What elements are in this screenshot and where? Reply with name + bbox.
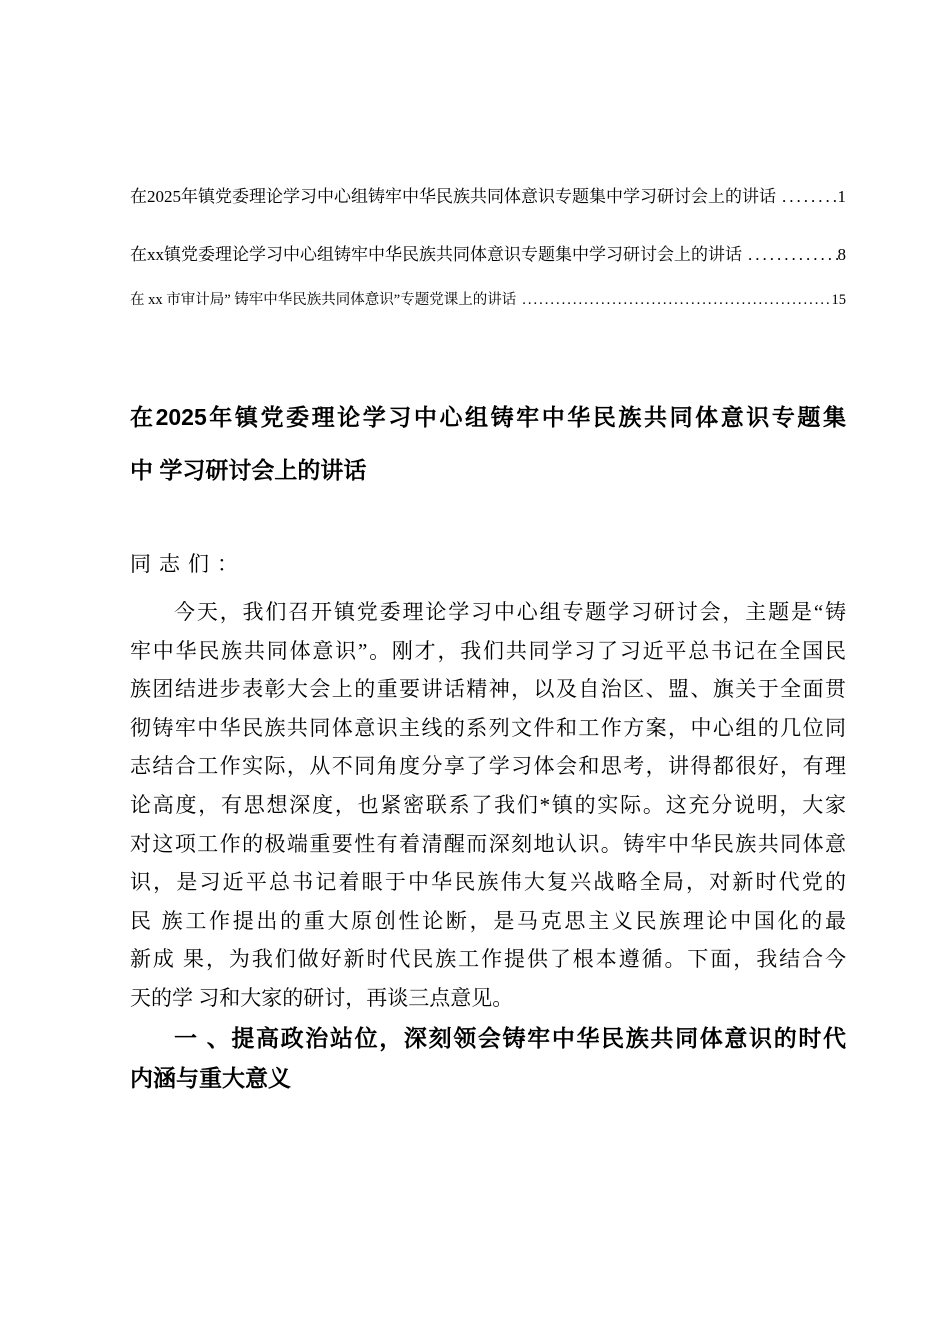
section-heading-1-line-2: 内涵与重大意义 — [130, 1058, 846, 1098]
toc-entry-2[interactable]: 在xx镇党委理论学习中心组铸牢中华民族共同体意识专题集中学习研讨会上的讲话 ..… — [130, 244, 846, 266]
toc-entry-3-dot-leader: ........................................… — [522, 289, 831, 311]
document-title-line-1: 在2025年镇党委理论学习中心组铸牢中华民族共同体意识专题集 — [130, 391, 846, 444]
paragraph-line: 志结合工作实际，从不同角度分享了学习体会和思考，讲得都很好，有理 — [130, 747, 846, 786]
paragraph-line: 牢中华民族共同体意识”。刚才，我们共同学习了习近平总书记在全国民 — [130, 632, 846, 671]
paragraph-line: 论高度，有思想深度，也紧密联系了我们*镇的实际。这充分说明，大家 — [130, 786, 846, 825]
section-heading-1: 一 、提高政治站位，深刻领会铸牢中华民族共同体意识的时代 内涵与重大意义 — [130, 1018, 846, 1098]
toc-entry-2-page-number: 8 — [838, 244, 847, 266]
toc-entry-1-dot-leader: ........................................… — [782, 186, 838, 208]
body-paragraph: 今天，我们召开镇党委理论学习中心组专题学习研讨会，主题是“铸 牢中华民族共同体意… — [130, 593, 846, 1018]
paragraph-line: 今天，我们召开镇党委理论学习中心组专题学习研讨会，主题是“铸 — [130, 593, 846, 632]
paragraph-line: 族团结进步表彰大会上的重要讲话精神，以及自治区、盟、旗关于全面贯 — [130, 670, 846, 709]
toc-entry-2-label: 在xx镇党委理论学习中心组铸牢中华民族共同体意识专题集中学习研讨会上的讲话 — [130, 244, 742, 266]
document-title: 在2025年镇党委理论学习中心组铸牢中华民族共同体意识专题集 中 学习研讨会上的… — [130, 391, 846, 497]
toc-entry-1[interactable]: 在2025年镇党委理论学习中心组铸牢中华民族共同体意识专题集中学习研讨会上的讲话… — [130, 186, 846, 208]
toc-entry-3-page-number: 15 — [832, 289, 847, 311]
section-heading-1-line-1: 一 、提高政治站位，深刻领会铸牢中华民族共同体意识的时代 — [130, 1018, 846, 1058]
paragraph-line: 新成 果，为我们做好新时代民族工作提供了根本遵循。下面，我结合今 — [130, 940, 846, 979]
toc-entry-3-label: 在 xx 市审计局” 铸牢中华民族共同体意识”专题党课上的讲话 — [130, 289, 516, 311]
paragraph-line: 彻铸牢中华民族共同体意识主线的系列文件和工作方案，中心组的几位同 — [130, 709, 846, 748]
toc-entry-1-label: 在2025年镇党委理论学习中心组铸牢中华民族共同体意识专题集中学习研讨会上的讲话 — [130, 186, 776, 208]
paragraph-line: 对这项工作的极端重要性有着清醒而深刻地认识。铸牢中华民族共同体意 — [130, 825, 846, 864]
salutation: 同志们： — [130, 551, 246, 577]
toc-entry-1-page-number: 1 — [838, 186, 847, 208]
paragraph-line: 识，是习近平总书记着眼于中华民族伟大复兴战略全局，对新时代党的 — [130, 863, 846, 902]
document-title-line-2: 中 学习研讨会上的讲话 — [130, 444, 846, 497]
paragraph-line: 民 族工作提出的重大原创性论断，是马克思主义民族理论中国化的最 — [130, 902, 846, 941]
document-page: 在2025年镇党委理论学习中心组铸牢中华民族共同体意识专题集中学习研讨会上的讲话… — [0, 0, 950, 1343]
toc-entry-2-dot-leader: ........................................… — [748, 244, 838, 266]
paragraph-line: 天的学 习和大家的研讨，再谈三点意见。 — [130, 979, 846, 1018]
toc-entry-3[interactable]: 在 xx 市审计局” 铸牢中华民族共同体意识”专题党课上的讲话 ........… — [130, 289, 846, 311]
